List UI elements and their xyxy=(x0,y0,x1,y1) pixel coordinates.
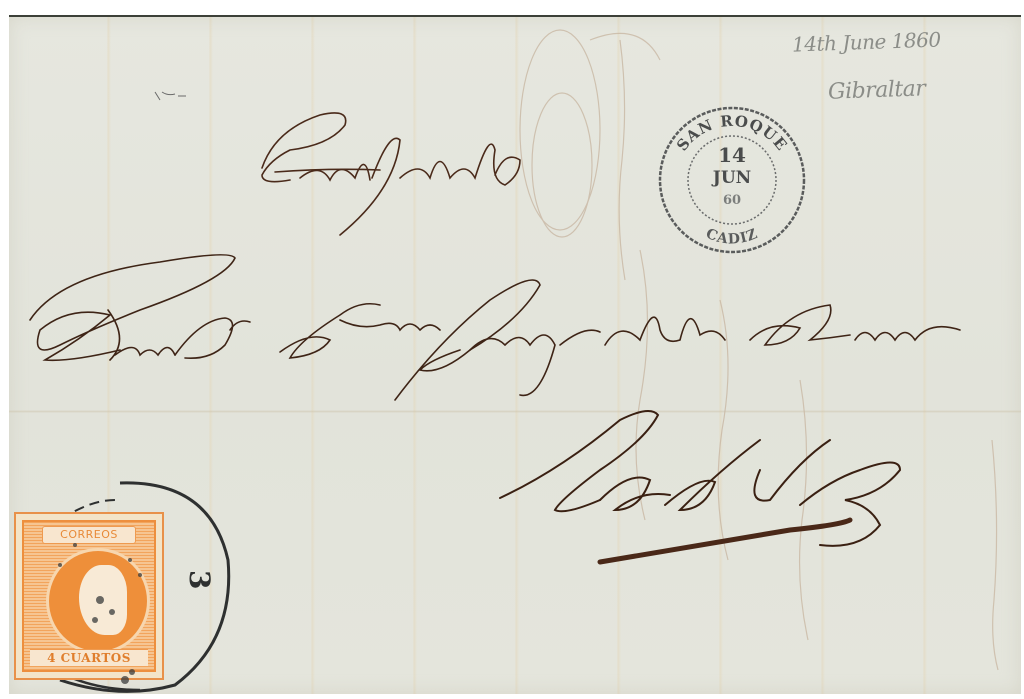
fold-line xyxy=(9,410,1021,413)
portrait-head xyxy=(79,565,127,635)
postmark-province: CADIZ xyxy=(703,226,760,248)
queen-portrait-icon xyxy=(46,548,150,654)
postmark-month: JUN xyxy=(657,168,807,188)
pencil-note-place: Gibraltar xyxy=(828,76,926,104)
san-roque-postmark: SAN ROQUE CADIZ 14 JUN 60 xyxy=(657,105,807,255)
postage-stamp: CORREOS 4 CUARTOS xyxy=(14,512,164,680)
postmark-year: 60 xyxy=(657,193,807,208)
stamp-top-label: CORREOS xyxy=(42,526,136,544)
stamp-frame: CORREOS 4 CUARTOS xyxy=(22,520,156,672)
svg-text:CADIZ: CADIZ xyxy=(703,226,760,248)
stamp-value-label: 4 CUARTOS xyxy=(30,649,148,666)
postmark-day: 14 xyxy=(657,143,807,167)
